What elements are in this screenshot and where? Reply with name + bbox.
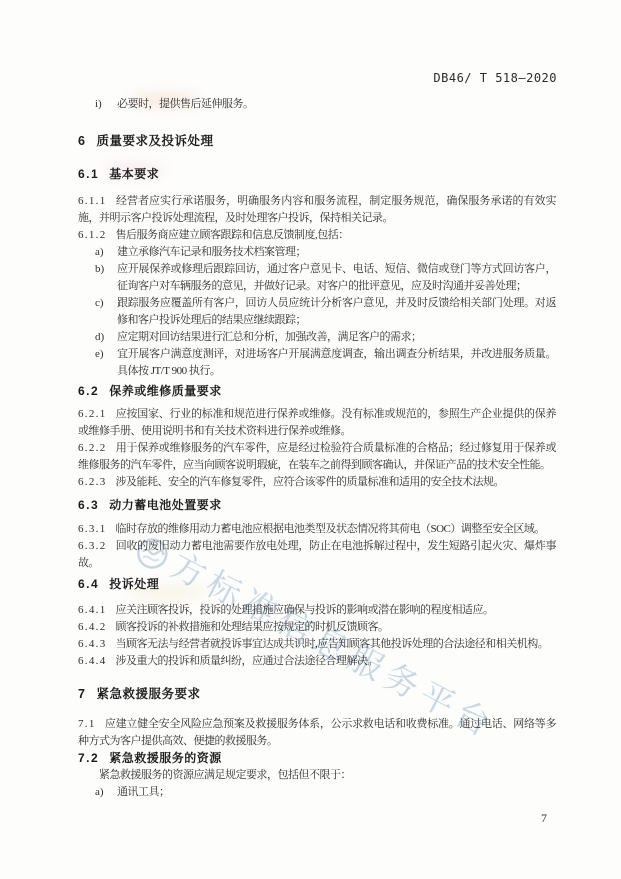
paragraph-text: 售后服务商应建立顾客跟踪和信息反馈制度,包括： xyxy=(116,229,349,241)
paragraph-text: 紧急救援服务的资源应满足规定要求，包括但不限于： xyxy=(99,769,351,781)
clause-number: 6.4 xyxy=(78,577,99,591)
list-item: e) 宜开展客户满意度测评，对进场客户开展满意度调查，输出调查分析结果，并改进服… xyxy=(78,346,556,380)
clause-number: 6.2 xyxy=(78,384,99,398)
paragraph-text: 涉及能耗、安全的汽车修复零件，应符合该零件的质量标准和适用的安全技术法规。 xyxy=(116,476,505,488)
paragraph-text: 当顾客无法与经营者就投诉事宜达成共识时,应告知顾客其他投诉处理的合法途径和相关机… xyxy=(116,638,549,650)
paragraph-text: 应关注顾客投诉，投诉的处理措施应确保与投诉的影响或潜在影响的程度相适应。 xyxy=(116,604,494,616)
clause-paragraph-6-3-2: 6.3.2回收的废旧动力蓄电池需要作放电处理，防止在电池拆解过程中，发生短路引起… xyxy=(78,538,556,572)
list-item-text: 应开展保养或修理后跟踪回访，通过客户意见卡、电话、短信、微信或登门等方式回访客户… xyxy=(117,263,556,292)
list-marker: c) xyxy=(95,295,104,312)
clause-7-2-heading: 7.2紧急救援服务的资源 xyxy=(78,750,556,767)
page-header-doc-code: DB46/ T 518—2020 xyxy=(433,71,557,85)
paragraph-text: 顾客投诉的补救措施和处理结果应按规定的时机反馈顾客。 xyxy=(116,621,389,633)
clause-paragraph-6-4-3: 6.4.3当顾客无法与经营者就投诉事宜达成共识时,应告知顾客其他投诉处理的合法途… xyxy=(78,636,556,653)
clause-title: 保养或维修质量要求 xyxy=(109,384,222,398)
paragraph-text: 经营者应实行承诺服务，明确服务内容和服务流程，制定服务规范，确保服务承诺的有效实… xyxy=(78,195,556,224)
list-item: i) 必要时，提供售后延伸服务。 xyxy=(78,96,556,113)
paragraph-text: 应按国家、行业的标准和规范进行保养或维修。没有标准或规范的，参照生产企业提供的保… xyxy=(78,408,556,437)
paragraph-number: 6.1.1 xyxy=(78,195,107,207)
list-item-text: 应定期对回访结果进行汇总和分析，加强改善，满足客户的需求； xyxy=(117,331,422,343)
paragraph-text: 临时存放的维修用动力蓄电池应根据电池类型及状态情况将其荷电（SOC）调整至安全区… xyxy=(116,523,545,535)
paragraph-number: 6.4.4 xyxy=(78,655,107,667)
list-marker: b) xyxy=(95,261,104,278)
list-item-text: 必要时，提供售后延伸服务。 xyxy=(117,98,254,110)
paragraph-number: 6.2.2 xyxy=(78,442,107,454)
paragraph-number: 6.1.2 xyxy=(78,229,107,241)
clause-paragraph-7-2-intro: 紧急救援服务的资源应满足规定要求，包括但不限于： xyxy=(78,767,556,784)
paragraph-text: 应建立健全安全风险应急预案及救援服务体系，公示求救电话和收费标准。通过电话、网络… xyxy=(78,718,556,747)
standard-document-page: DB46/ T 518—2020 方标准信息服务平台 i) 必要时，提供售后延伸… xyxy=(0,0,621,879)
list-marker: a) xyxy=(95,244,104,261)
paragraph-number: 6.2.3 xyxy=(78,476,107,488)
page-body: i) 必要时，提供售后延伸服务。 6质量要求及投诉处理 6.1基本要求 6.1.… xyxy=(78,96,556,801)
clause-7-heading: 7紧急救援服务要求 xyxy=(78,686,556,703)
clause-6-3-heading: 6.3动力蓄电池处置要求 xyxy=(78,497,556,514)
clause-paragraph-6-1-1: 6.1.1经营者应实行承诺服务，明确服务内容和服务流程，制定服务规范，确保服务承… xyxy=(78,193,556,227)
clause-title: 动力蓄电池处置要求 xyxy=(109,498,222,512)
list-item: c) 跟踪服务应覆盖所有客户，回访人员应统计分析客户意见，并及时反馈给相关部门处… xyxy=(78,295,556,329)
clause-6-4-heading: 6.4投诉处理 xyxy=(78,576,556,593)
page-number: 7 xyxy=(541,811,547,826)
clause-paragraph-6-1-2: 6.1.2售后服务商应建立顾客跟踪和信息反馈制度,包括： xyxy=(78,227,556,244)
list-item-text: 通讯工具； xyxy=(117,786,170,798)
clause-6-heading: 6质量要求及投诉处理 xyxy=(78,133,556,150)
paragraph-number: 6.4.1 xyxy=(78,604,107,616)
clause-paragraph-6-3-1: 6.3.1临时存放的维修用动力蓄电池应根据电池类型及状态情况将其荷电（SOC）调… xyxy=(78,521,556,538)
paragraph-number: 6.3.2 xyxy=(78,540,107,552)
clause-paragraph-6-2-1: 6.2.1应按国家、行业的标准和规范进行保养或维修。没有标准或规范的，参照生产企… xyxy=(78,406,556,440)
clause-6-2-heading: 6.2保养或维修质量要求 xyxy=(78,383,556,400)
clause-number: 6.1 xyxy=(78,167,99,181)
list-marker: e) xyxy=(95,346,104,363)
clause-paragraph-6-2-3: 6.2.3涉及能耗、安全的汽车修复零件，应符合该零件的质量标准和适用的安全技术法… xyxy=(78,474,556,491)
paragraph-text: 涉及重大的投诉和质量纠纷，应通过合法途径合理解决。 xyxy=(116,655,379,667)
list-item-text: 宜开展客户满意度测评，对进场客户开展满意度调查，输出调查分析结果，并改进服务质量… xyxy=(117,348,556,377)
list-item: a) 通讯工具； xyxy=(78,784,556,801)
list-item-text: 跟踪服务应覆盖所有客户，回访人员应统计分析客户意见，并及时反馈给相关部门处理。对… xyxy=(117,297,556,326)
clause-paragraph-6-4-2: 6.4.2顾客投诉的补救措施和处理结果应按规定的时机反馈顾客。 xyxy=(78,619,556,636)
list-item: d) 应定期对回访结果进行汇总和分析，加强改善，满足客户的需求； xyxy=(78,329,556,346)
clause-6-1-heading: 6.1基本要求 xyxy=(78,166,556,183)
list-marker: d) xyxy=(95,329,104,346)
list-item: b) 应开展保养或修理后跟踪回访，通过客户意见卡、电话、短信、微信或登门等方式回… xyxy=(78,261,556,295)
clause-number: 7 xyxy=(78,687,86,701)
clause-paragraph-6-2-2: 6.2.2用于保养或维修服务的汽车零件，应是经过检验符合质量标准的合格品；经过修… xyxy=(78,440,556,474)
paragraph-text: 回收的废旧动力蓄电池需要作放电处理，防止在电池拆解过程中，发生短路引起火灾、爆炸… xyxy=(78,540,556,569)
clause-title: 投诉处理 xyxy=(109,577,159,591)
clause-title: 紧急救援服务要求 xyxy=(96,687,200,701)
list-item-text: 建立承修汽车记录和服务技术档案管理； xyxy=(117,246,306,258)
clause-title: 基本要求 xyxy=(109,167,159,181)
clause-number: 6 xyxy=(78,134,86,148)
clause-paragraph-6-4-1: 6.4.1应关注顾客投诉，投诉的处理措施应确保与投诉的影响或潜在影响的程度相适应… xyxy=(78,602,556,619)
paragraph-number: 7.1 xyxy=(78,718,96,730)
clause-paragraph-6-4-4: 6.4.4涉及重大的投诉和质量纠纷，应通过合法途径合理解决。 xyxy=(78,653,556,670)
paragraph-number: 6.4.3 xyxy=(78,638,107,650)
clause-number: 6.3 xyxy=(78,498,99,512)
clause-title: 质量要求及投诉处理 xyxy=(96,134,213,148)
paragraph-number: 6.4.2 xyxy=(78,621,107,633)
list-marker: i) xyxy=(95,96,102,113)
list-item: a) 建立承修汽车记录和服务技术档案管理； xyxy=(78,244,556,261)
clause-paragraph-7-1: 7.1应建立健全安全风险应急预案及救援服务体系，公示求救电话和收费标准。通过电话… xyxy=(78,716,556,750)
clause-number: 7.2 xyxy=(78,751,99,765)
paragraph-number: 6.3.1 xyxy=(78,523,107,535)
clause-title: 紧急救援服务的资源 xyxy=(109,751,222,765)
paragraph-number: 6.2.1 xyxy=(78,408,107,420)
list-marker: a) xyxy=(95,784,104,801)
paragraph-text: 用于保养或维修服务的汽车零件，应是经过检验符合质量标准的合格品；经过修复用于保养… xyxy=(78,442,556,471)
